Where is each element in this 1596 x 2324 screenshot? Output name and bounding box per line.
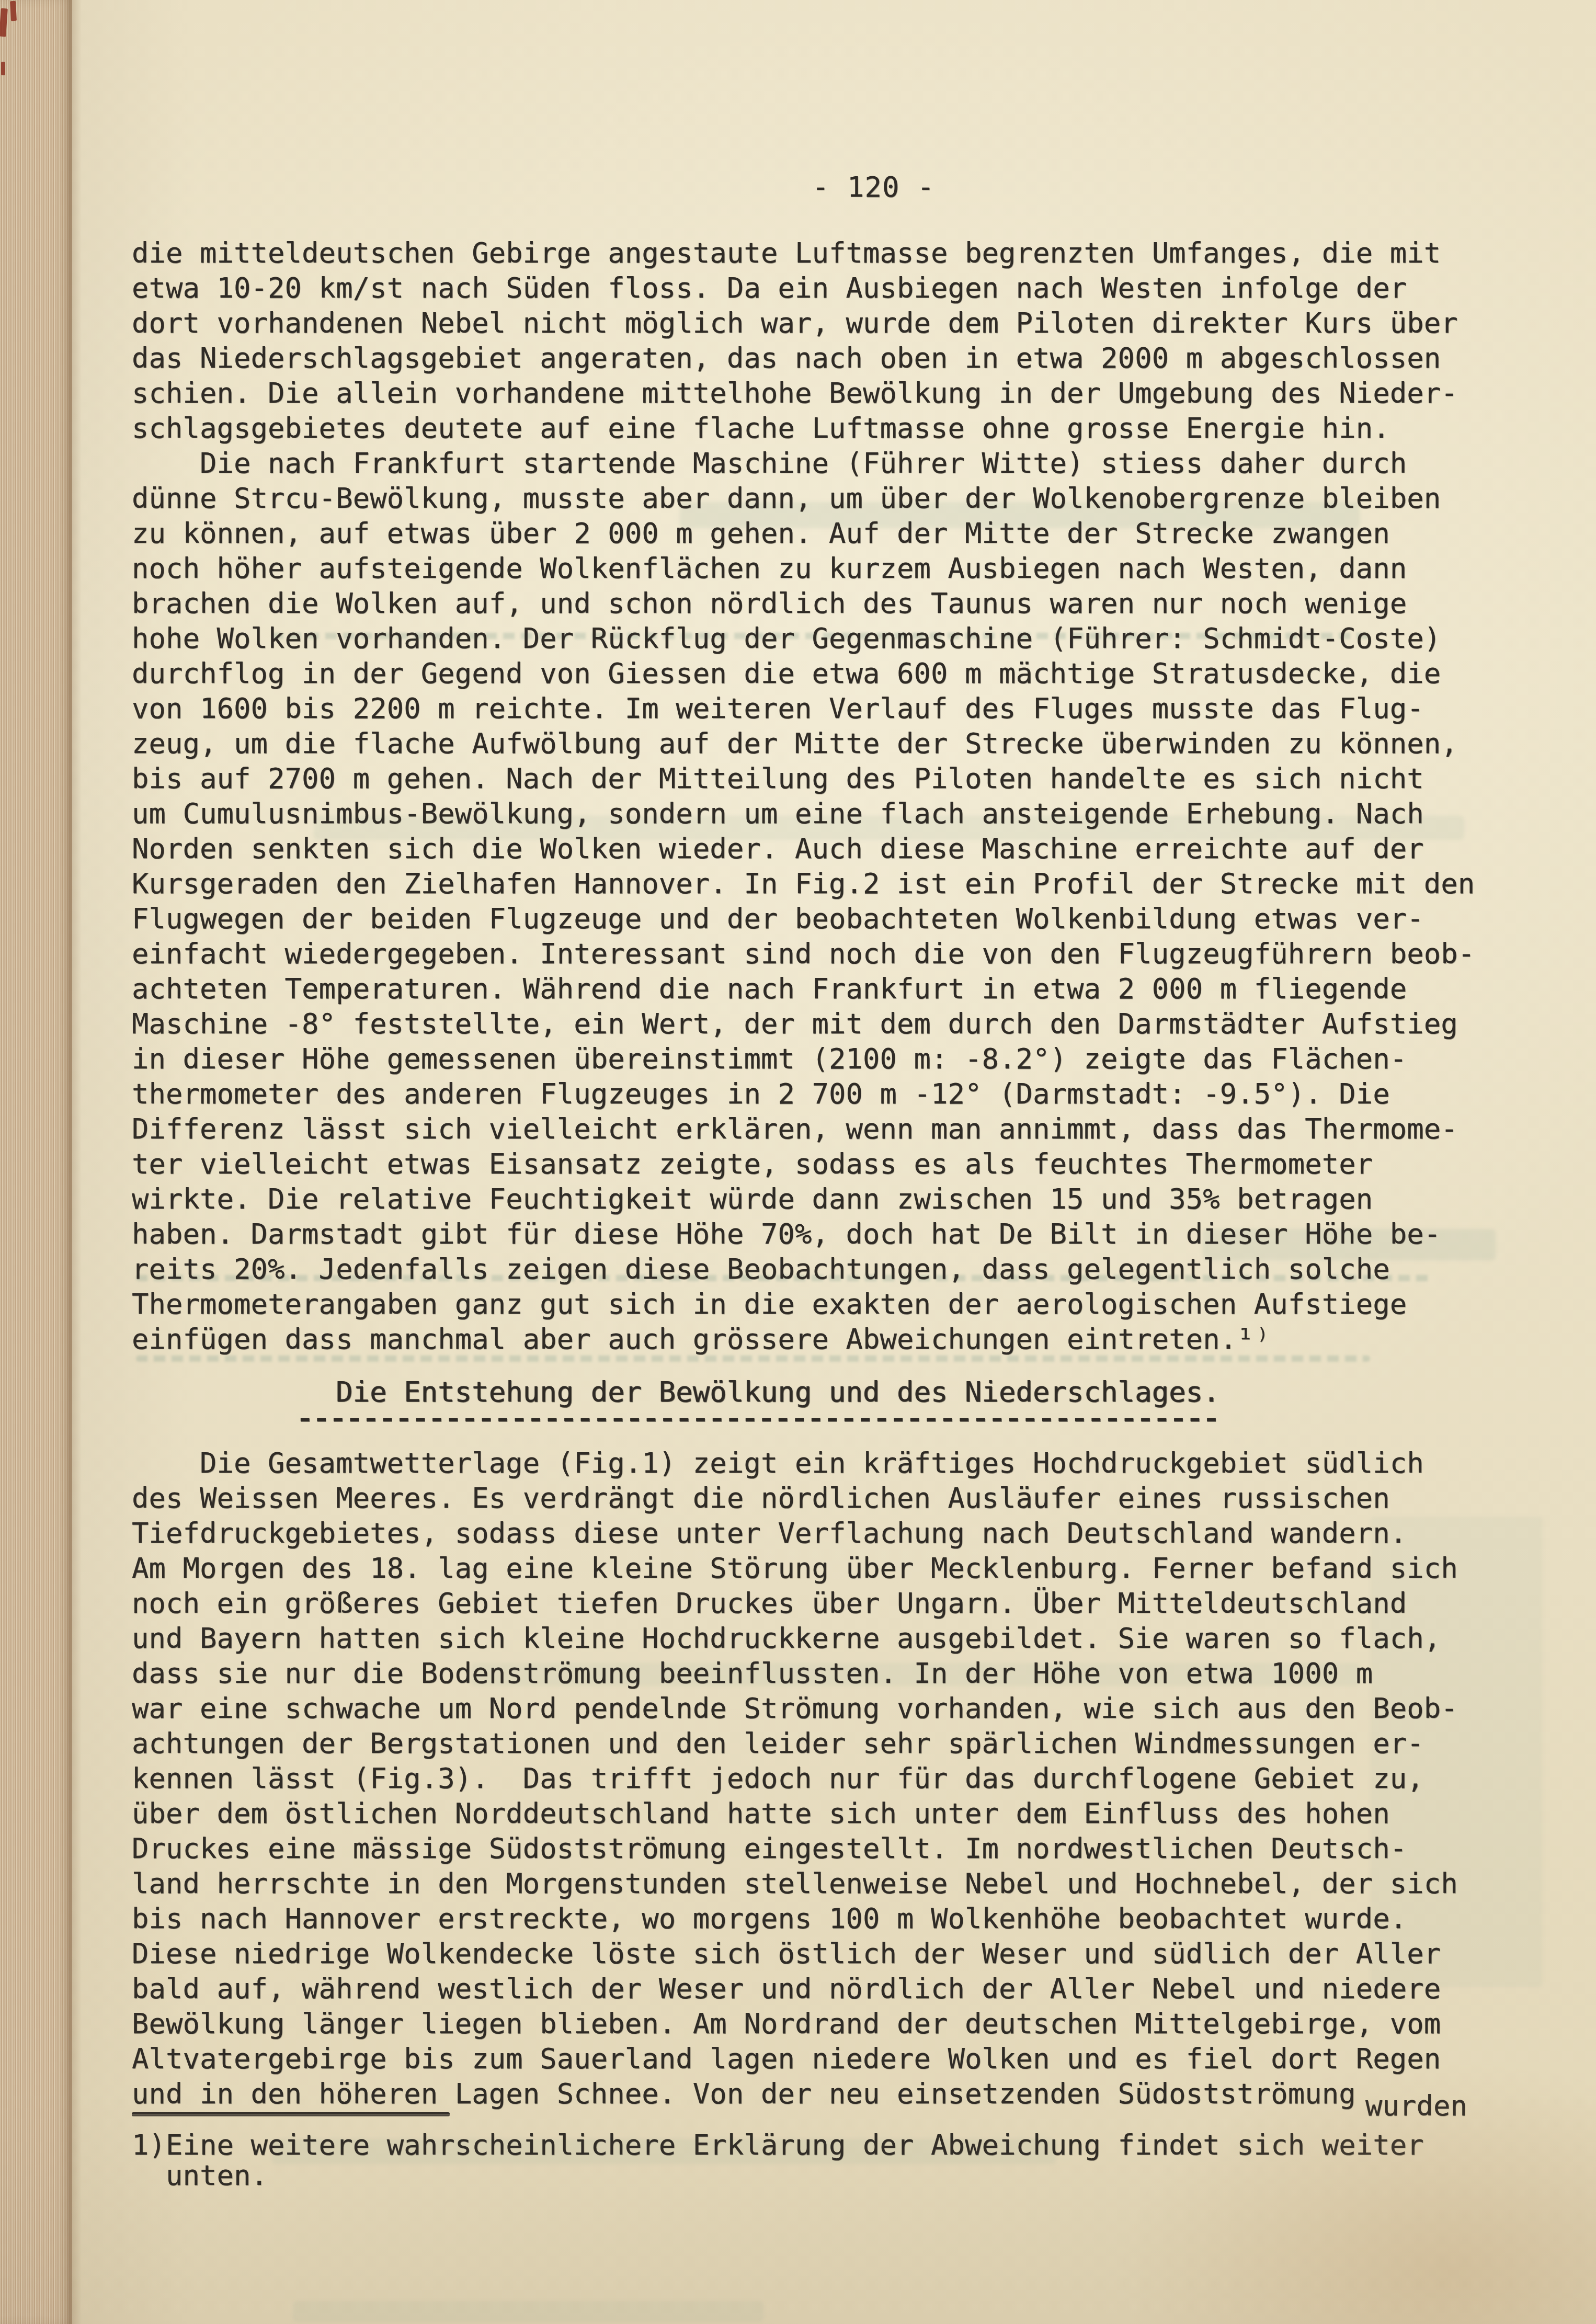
binding-seam-shadow bbox=[68, 0, 82, 2324]
typed-line: schien. Die allein vorhandene mittelhohe… bbox=[132, 375, 1512, 411]
typed-line: etwa 10-20 km/st nach Süden floss. Da ei… bbox=[132, 270, 1512, 305]
typed-line: über dem östlichen Norddeutschland hatte… bbox=[132, 1796, 1512, 1831]
typed-line: Flugwegen der beiden Flugzeuge und der b… bbox=[132, 901, 1512, 936]
cover-edge-fleck bbox=[10, 1, 17, 21]
typed-line: haben. Darmstadt gibt für diese Höhe 70%… bbox=[132, 1216, 1512, 1251]
typed-line: achtungen der Bergstationen und den leid… bbox=[132, 1726, 1512, 1761]
heading-underline: ----------------------------------------… bbox=[132, 1401, 1512, 1436]
typed-line: Tiefdruckgebietes, sodass diese unter Ve… bbox=[132, 1516, 1512, 1551]
typed-line: brachen die Wolken auf, und schon nördli… bbox=[132, 586, 1512, 621]
para-2: Die nach Frankfurt startende Maschine (F… bbox=[132, 446, 1512, 1357]
typed-line: durchflog in der Gegend von Giessen die … bbox=[132, 656, 1512, 691]
typed-line: dass sie nur die Bodenströmung beeinflus… bbox=[132, 1656, 1512, 1691]
typed-line: wirkte. Die relative Feuchtigkeit würde … bbox=[132, 1181, 1512, 1216]
typed-line: einfügen dass manchmal aber auch grösser… bbox=[132, 1322, 1512, 1357]
typed-line: reits 20%. Jedenfalls zeigen diese Beoba… bbox=[132, 1251, 1512, 1286]
typed-line: schlagsgebietes deutete auf eine flache … bbox=[132, 411, 1512, 446]
typed-line: ter vielleicht etwas Eisansatz zeigte, s… bbox=[132, 1146, 1512, 1181]
para-3: Die Gesamtwetterlage (Fig.1) zeigt ein k… bbox=[132, 1445, 1512, 2111]
typed-line: in dieser Höhe gemessenen übereinstimmt … bbox=[132, 1041, 1512, 1076]
para-1: die mitteldeutschen Gebirge angestaute L… bbox=[132, 235, 1512, 446]
typed-line: Die nach Frankfurt startende Maschine (F… bbox=[132, 446, 1512, 481]
typed-line: land herrschte in den Morgenstunden stel… bbox=[132, 1866, 1512, 1901]
typed-line: Diese niedrige Wolkendecke löste sich ös… bbox=[132, 1936, 1512, 1971]
typed-line: 1)Eine weitere wahrscheinlichere Erkläru… bbox=[132, 2130, 1512, 2160]
typed-line: noch ein größeres Gebiet tiefen Druckes … bbox=[132, 1586, 1512, 1621]
typed-line: das Niederschlagsgebiet angeraten, das n… bbox=[132, 340, 1512, 375]
typed-line: zeug, um die flache Aufwölbung auf der M… bbox=[132, 726, 1512, 761]
typed-line: die mitteldeutschen Gebirge angestaute L… bbox=[132, 235, 1512, 270]
typed-line: Am Morgen des 18. lag eine kleine Störun… bbox=[132, 1551, 1512, 1586]
typed-line: Bewölkung länger liegen blieben. Am Nord… bbox=[132, 2006, 1512, 2041]
typed-line: bald auf, während westlich der Weser und… bbox=[132, 1971, 1512, 2006]
footnote-1: 1)Eine weitere wahrscheinlichere Erkläru… bbox=[132, 2130, 1512, 2191]
typed-line: einfacht wiedergegeben. Interessant sind… bbox=[132, 936, 1512, 971]
typed-line: Differenz lässt sich vielleicht erklären… bbox=[132, 1111, 1512, 1146]
typed-line: dort vorhandenen Nebel nicht möglich war… bbox=[132, 305, 1512, 340]
typed-line: um Cumulusnimbus-Bewölkung, sondern um e… bbox=[132, 796, 1512, 831]
typed-line: Kursgeraden den Zielhafen Hannover. In F… bbox=[132, 866, 1512, 901]
typed-line: bis nach Hannover erstreckte, wo morgens… bbox=[132, 1901, 1512, 1936]
footnote-rule bbox=[132, 2112, 450, 2116]
typed-line: ----------------------------------------… bbox=[132, 1405, 1512, 1433]
typed-line: Maschine -8° feststellte, ein Wert, der … bbox=[132, 1006, 1512, 1041]
typed-line: und Bayern hatten sich kleine Hochdruckk… bbox=[132, 1621, 1512, 1656]
book-binding-edge bbox=[0, 0, 72, 2324]
typed-text-column: die mitteldeutschen Gebirge angestaute L… bbox=[132, 235, 1512, 2191]
bleedthrough-smudge bbox=[293, 2301, 763, 2322]
typed-line: von 1600 bis 2200 m reichte. Im weiteren… bbox=[132, 691, 1512, 726]
cover-edge-fleck bbox=[1, 62, 5, 75]
typed-line: hohe Wolken vorhanden. Der Rückflug der … bbox=[132, 621, 1512, 656]
typed-line: dünne Strcu-Bewölkung, musste aber dann,… bbox=[132, 481, 1512, 516]
typed-line: kennen lässt (Fig.3). Das trifft jedoch … bbox=[132, 1761, 1512, 1796]
page-number: - 120 - bbox=[812, 170, 935, 203]
typed-line: und in den höheren Lagen Schnee. Von der… bbox=[132, 2076, 1512, 2111]
typed-line: Thermometerangaben ganz gut sich in die … bbox=[132, 1286, 1512, 1322]
typed-line: unten. bbox=[132, 2160, 1512, 2191]
typed-line: Druckes eine mässige Südostströmung eing… bbox=[132, 1831, 1512, 1866]
typed-line: Norden senkten sich die Wolken wieder. A… bbox=[132, 831, 1512, 866]
typed-line: noch höher aufsteigende Wolkenflächen zu… bbox=[132, 551, 1512, 586]
typed-line: Altvatergebirge bis zum Sauerland lagen … bbox=[132, 2041, 1512, 2076]
typed-line: war eine schwache um Nord pendelnde Strö… bbox=[132, 1691, 1512, 1726]
scanned-document-page: { "page": { "number_label": "- 120 -", "… bbox=[0, 0, 1596, 2324]
typed-line: thermometer des anderen Flugzeuges in 2 … bbox=[132, 1076, 1512, 1111]
typed-line: des Weissen Meeres. Es verdrängt die nör… bbox=[132, 1480, 1512, 1516]
typed-line: zu können, auf etwas über 2 000 m gehen.… bbox=[132, 516, 1512, 551]
typed-line: bis auf 2700 m gehen. Nach der Mitteilun… bbox=[132, 761, 1512, 796]
typed-line: achteten Temperaturen. Während die nach … bbox=[132, 971, 1512, 1006]
typed-line: Die Gesamtwetterlage (Fig.1) zeigt ein k… bbox=[132, 1445, 1512, 1480]
